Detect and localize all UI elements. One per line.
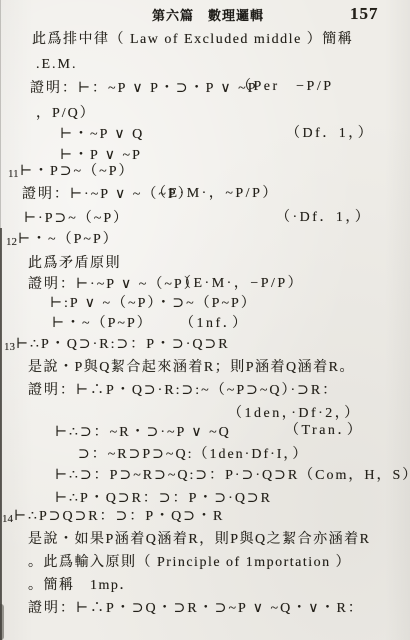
scan-smudge [0,604,4,640]
proof-line: ⊢・~（P~P） [52,316,153,332]
proof-line: ⊢∴P・Q⊃R：⊃：P・⊃·Q⊃R [55,491,272,507]
item-number-11: 11 [8,168,19,181]
justification: （Tran．） [285,423,363,439]
proof-line: 證明：⊢∴P・⊃Q・⊃R・⊃~P ∨ ~Q・∨・R： [28,601,364,617]
text-line: 。簡稱 1mp． [28,578,135,594]
proof-line: ⊢·P⊃~（~P） [24,211,129,227]
proof-line: ⊢∴⊃：~R・⊃·~P ∨ ~Q [55,425,231,441]
proof-line: ⊃：~R⊃P⊃~Q:（1den·Df·I，） [78,447,308,463]
text-line: 此爲排中律（ Law of Excluded middle ）簡稱 [32,32,353,48]
proof-line: ⊢・P ∨ ~P [60,148,142,164]
scanned-book-page: 第六篇 數理邏輯 157 此爲排中律（ Law of Excluded midd… [0,0,410,640]
page-number: 157 [350,4,379,24]
page-left-edge-mark [0,228,2,640]
item-number-14: 14 [2,513,13,526]
abbrev-em: .E.M. [36,57,78,73]
proof-line: ⊢∴⊃：P⊃~R⊃~Q:⊃：P·⊃·Q⊃R（Com，H，S） [55,468,410,484]
justification: （Per −P/P [237,79,334,95]
proof-line: 證明：⊢·~P ∨ ~（~P） [28,277,200,293]
text-line: 此爲矛盾原則 [28,256,121,272]
proof-line: 證明：⊢∴P・Q⊃·R:⊃:~（~P⊃~Q）·⊃R： [28,383,338,399]
text-line: 是說・如果P涵着Q涵着R，則P與Q之絜合亦涵着R [28,532,370,548]
justification: （1den，·Df·2，） [228,406,361,422]
page-header-title: 第六篇 數理邏輯 [152,9,264,24]
theorem-line: ⊢・P⊃~（~P） [20,164,135,180]
proof-line: ⊢:P ∨ ~（~P）・⊃~（P~P） [50,296,257,312]
justification: （E·M·，~P/P） [152,186,279,202]
proof-line: ，P/Q） [36,106,96,122]
item-number-13: 13 [4,341,15,354]
proof-line: 證明：⊢：~P ∨ P・⊃・P ∨ ~P [30,81,258,97]
justification: （Df．1，） [286,126,374,142]
text-line: 。此爲輸入原則（ Principle of 1mportation ） [28,555,351,571]
justification: （E·M·，−P/P） [177,276,304,292]
theorem-line: ⊢∴P・Q⊃·R:⊃：P・⊃·Q⊃R [16,337,230,353]
text-line: 是說・P與Q絜合起來涵着R；則P涵着Q涵着R。 [28,360,355,376]
item-number-12: 12 [6,236,17,249]
theorem-line: ⊢∴P⊃Q⊃R：⊃：P・Q⊃・R [14,509,224,525]
theorem-line: ⊢・~（P~P） [18,232,119,248]
justification: （1nf．） [180,316,249,332]
justification: （·Df．1，） [276,210,371,226]
proof-line: ⊢・~P ∨ Q [60,127,144,143]
